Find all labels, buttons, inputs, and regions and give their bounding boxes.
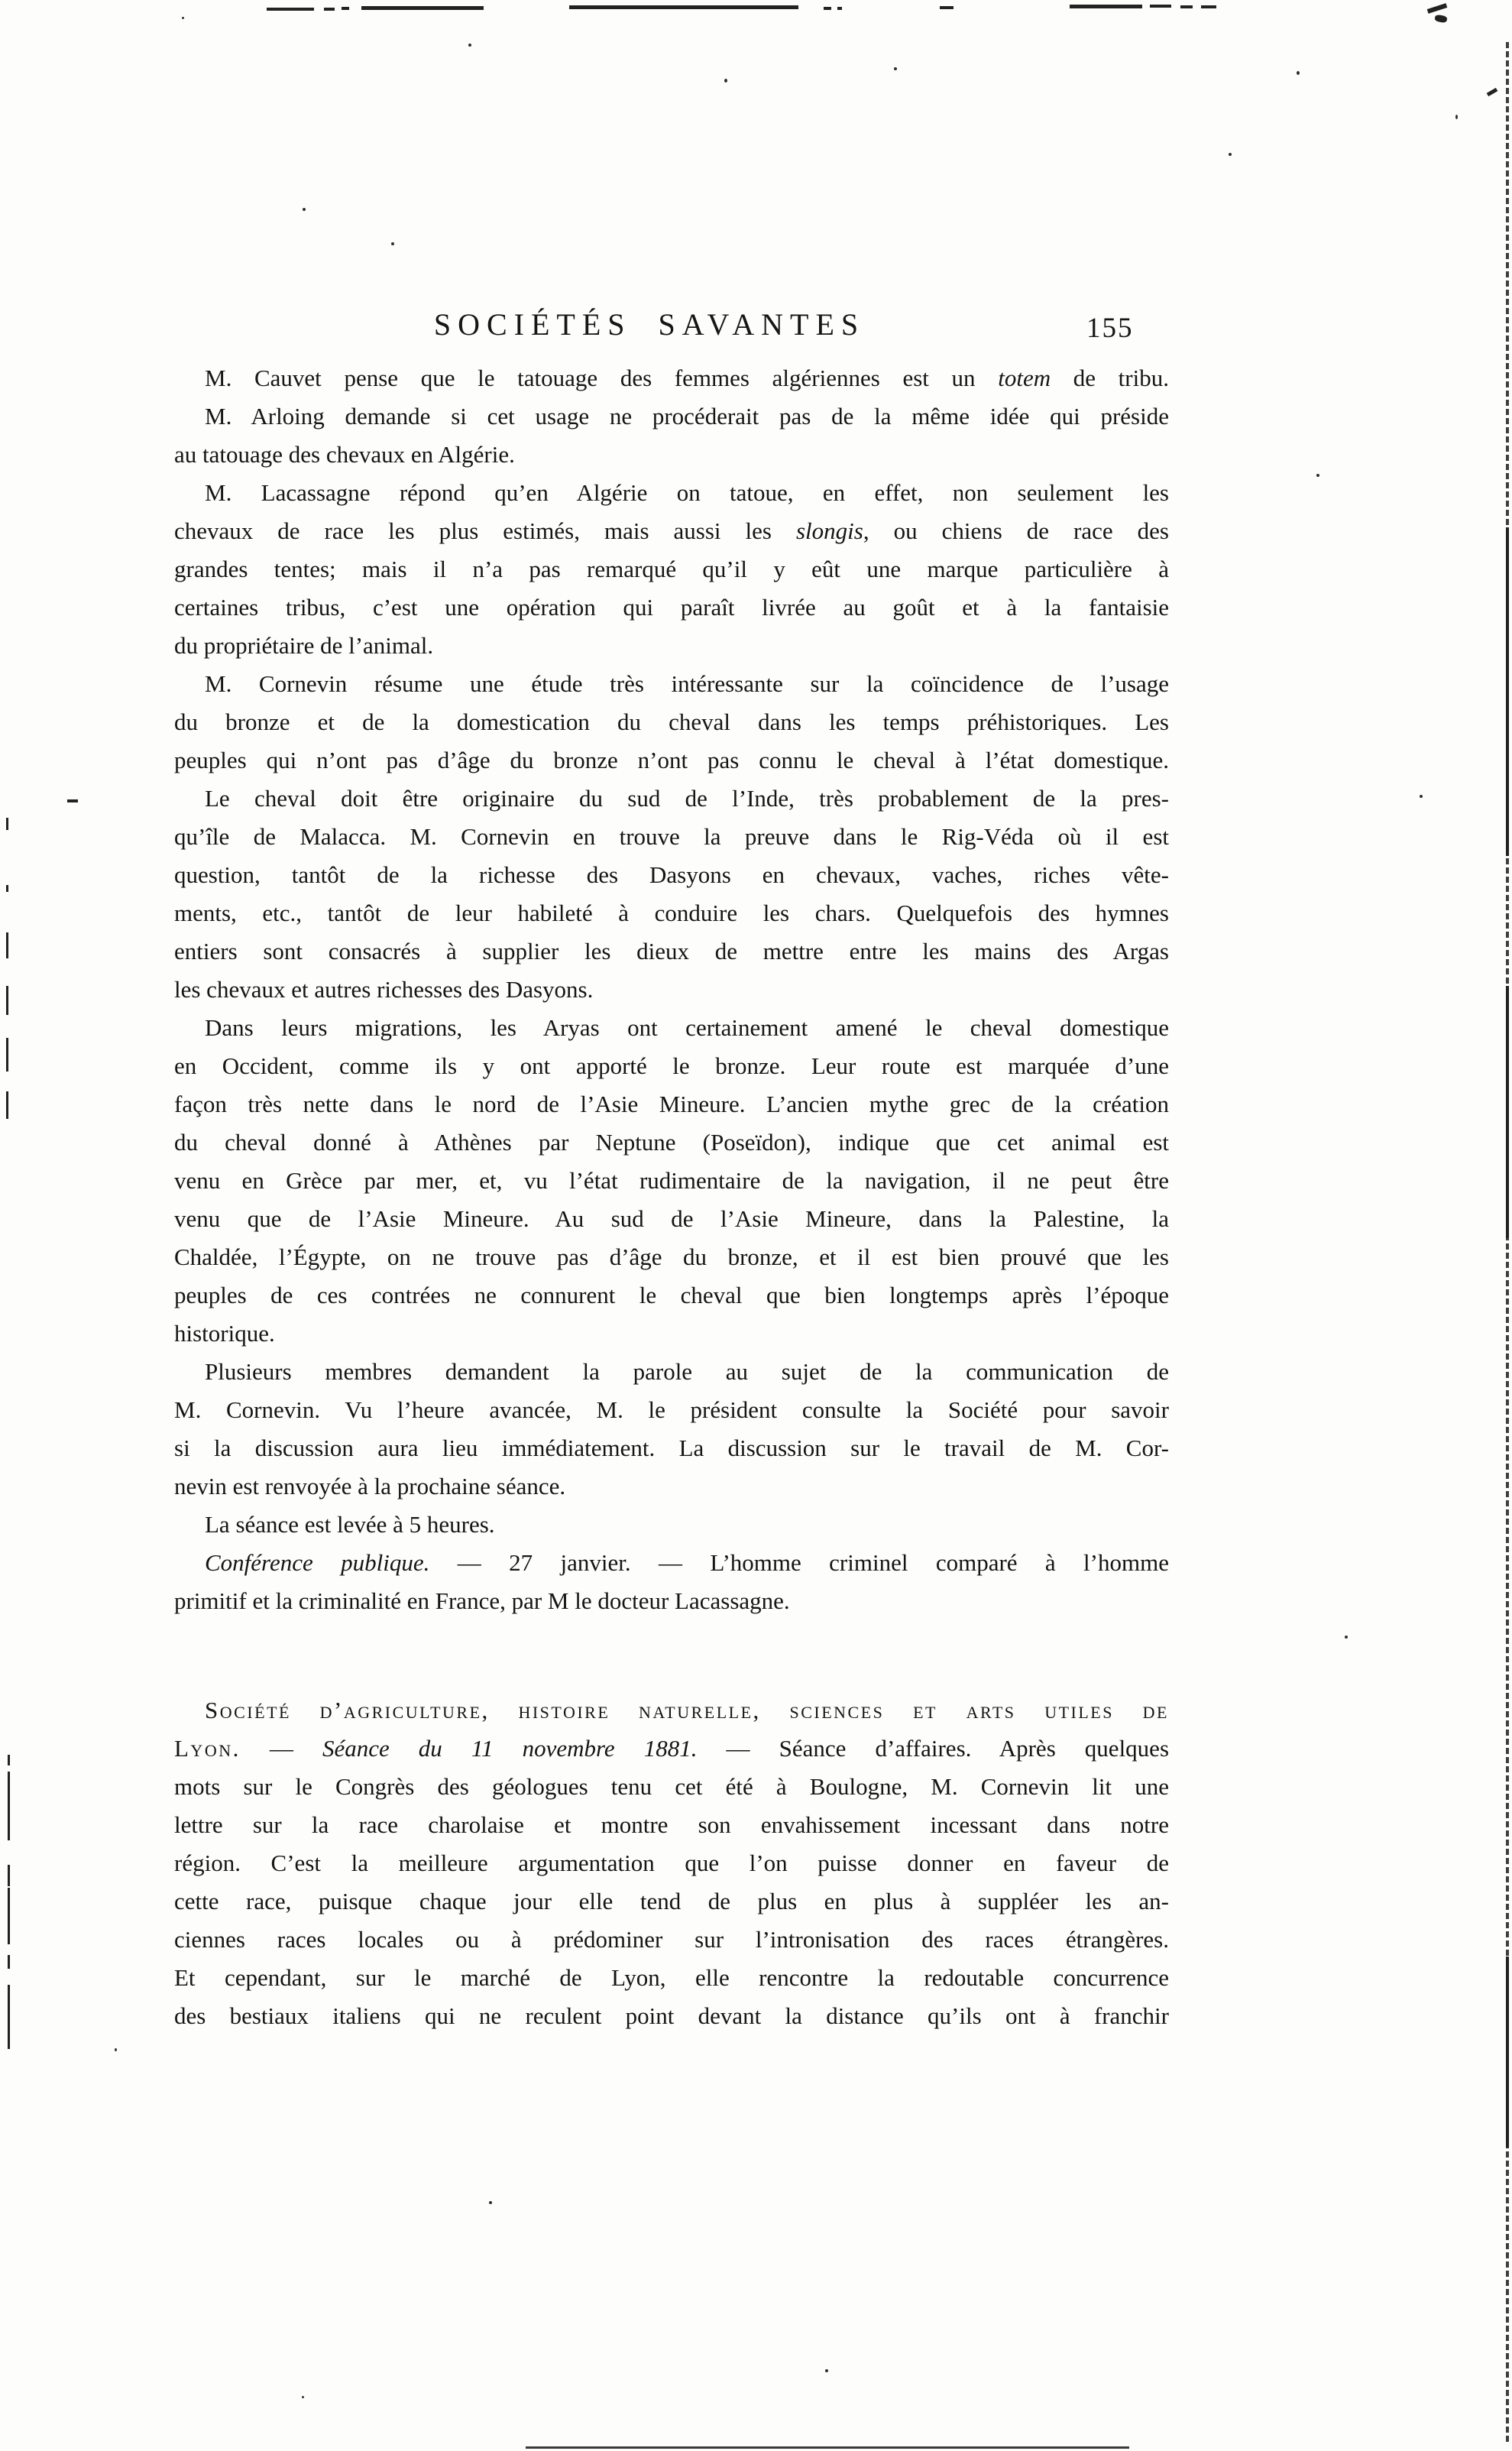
- scan-artifact-top-rule: [940, 6, 953, 9]
- paragraph: Dans leurs migrations, les Aryas ont cer…: [174, 1009, 1169, 1353]
- text-segment: , ou chiens de race des: [863, 517, 1169, 544]
- scan-speck: [894, 67, 897, 70]
- scan-artifact-left-tick: [6, 885, 8, 892]
- paragraph: La séance est levée à 5 heures.: [174, 1506, 1169, 1544]
- scan-artifact-left-tick: [8, 1755, 10, 1765]
- text-line: Lyon. — Séance du 11 novembre 1881. — Sé…: [174, 1730, 1169, 1768]
- text-segment-smallcaps: Lyon.: [174, 1735, 241, 1762]
- paragraph: M. Cauvet pense que le tatouage des femm…: [174, 359, 1169, 397]
- text-line: Société d’agriculture, histoire naturell…: [174, 1691, 1169, 1730]
- text-segment: région. C’est la meilleure argumentation…: [174, 1850, 1169, 1876]
- text-segment: lettre sur la race charolaise et montre …: [174, 1811, 1169, 1838]
- text-segment: peuples qui n’ont pas d’âge du bronze n’…: [174, 747, 1169, 773]
- scan-artifact-left-tick: [6, 986, 8, 1015]
- text-segment: venu en Grèce par mer, et, vu l’état rud…: [174, 1167, 1169, 1194]
- scan-speck: [1455, 115, 1458, 119]
- text-line: en Occident, comme ils y ont apporté le …: [174, 1047, 1169, 1085]
- text-line: ments, etc., tantôt de leur habileté à c…: [174, 894, 1169, 932]
- text-segment: de tribu.: [1051, 365, 1169, 391]
- text-line: des bestiaux italiens qui ne reculent po…: [174, 1997, 1169, 2035]
- text-line: Le cheval doit être originaire du sud de…: [174, 780, 1169, 818]
- text-segment: historique.: [174, 1320, 275, 1347]
- scan-artifact-left-tick: [8, 1865, 10, 1886]
- paragraph: Plusieurs membres demandent la parole au…: [174, 1353, 1169, 1506]
- scan-artifact-left-dash: [67, 799, 78, 802]
- scan-artifact-right-rule-solid: [1506, 986, 1509, 1238]
- text-segment: du cheval donné à Athènes par Neptune (P…: [174, 1129, 1169, 1156]
- text-segment: ciennes races locales ou à prédominer su…: [174, 1926, 1169, 1953]
- text-line: Et cependant, sur le marché de Lyon, ell…: [174, 1959, 1169, 1997]
- text-segment: des bestiaux italiens qui ne reculent po…: [174, 2002, 1169, 2029]
- text-line: venu que de l’Asie Mineure. Au sud de l’…: [174, 1200, 1169, 1238]
- text-line: peuples qui n’ont pas d’âge du bronze n’…: [174, 741, 1169, 780]
- text-segment: M. Arloing demande si cet usage ne procé…: [205, 403, 1169, 430]
- text-line: primitif et la criminalité en France, pa…: [174, 1582, 1169, 1620]
- text-segment: venu que de l’Asie Mineure. Au sud de l’…: [174, 1205, 1169, 1232]
- text-line: M. Cornevin. Vu l’heure avancée, M. le p…: [174, 1391, 1169, 1429]
- text-line: façon très nette dans le nord de l’Asie …: [174, 1085, 1169, 1123]
- scan-artifact-left-tick: [8, 1985, 10, 2049]
- scan-artifact-top-rule: [1070, 5, 1142, 8]
- text-segment: question, tantôt de la richesse des Dasy…: [174, 861, 1169, 888]
- text-segment: M. Cauvet pense que le tatouage des femm…: [205, 365, 998, 391]
- text-segment: du bronze et de la domestication du chev…: [174, 708, 1169, 735]
- text-segment-italic: slongis: [796, 517, 863, 544]
- scan-artifact-top-rule: [267, 8, 314, 11]
- text-segment-smallcaps: Société d’agriculture, histoire naturell…: [205, 1697, 1169, 1723]
- running-head: SOCIÉTÉS SAVANTES: [153, 308, 1146, 342]
- text-line: du bronze et de la domestication du chev…: [174, 703, 1169, 741]
- scan-speck: [182, 17, 184, 19]
- page-number: 155: [1086, 312, 1134, 345]
- scan-artifact-left-tick: [8, 1772, 10, 1840]
- scan-artifact-top-rule: [361, 6, 484, 10]
- text-segment: M. Lacassagne répond qu’en Algérie on ta…: [205, 479, 1169, 506]
- text-line: M. Cauvet pense que le tatouage des femm…: [174, 359, 1169, 397]
- text-line: du propriétaire de l’animal.: [174, 627, 1169, 665]
- text-line: M. Lacassagne répond qu’en Algérie on ta…: [174, 474, 1169, 512]
- scan-artifact-top-rule: [569, 5, 798, 9]
- text-line: entiers sont consacrés à supplier les di…: [174, 932, 1169, 971]
- scan-speck: [1316, 474, 1319, 477]
- text-segment: si la discussion aura lieu immédiatement…: [174, 1435, 1169, 1461]
- text-segment: M. Cornevin. Vu l’heure avancée, M. le p…: [174, 1396, 1169, 1423]
- scan-artifact-left-tick: [8, 1955, 10, 1969]
- text-line: ciennes races locales ou à prédominer su…: [174, 1921, 1169, 1959]
- text-segment: cette race, puisque chaque jour elle ten…: [174, 1888, 1169, 1914]
- text-segment: — 27 janvier. — L’homme criminel comparé…: [429, 1549, 1169, 1576]
- text-segment: au tatouage des chevaux en Algérie.: [174, 441, 515, 468]
- scan-artifact-squiggle: [1427, 3, 1448, 14]
- text-line: si la discussion aura lieu immédiatement…: [174, 1429, 1169, 1467]
- scan-speck: [302, 2396, 304, 2398]
- text-line: question, tantôt de la richesse des Dasy…: [174, 856, 1169, 894]
- text-line: du cheval donné à Athènes par Neptune (P…: [174, 1123, 1169, 1162]
- scan-speck: [1345, 1636, 1348, 1639]
- text-line: les chevaux et autres richesses des Dasy…: [174, 971, 1169, 1009]
- scan-artifact-top-rule: [342, 7, 349, 10]
- scan-artifact-right-rule-solid: [1506, 1957, 1509, 2148]
- text-segment: — Séance d’affaires. Après quelques: [698, 1735, 1170, 1762]
- paragraph: Le cheval doit être originaire du sud de…: [174, 780, 1169, 1009]
- text-line: Dans leurs migrations, les Aryas ont cer…: [174, 1009, 1169, 1047]
- scan-artifact-left-tick: [6, 1038, 8, 1072]
- text-segment-italic: totem: [998, 365, 1051, 391]
- text-line: grandes tentes; mais il n’a pas remarqué…: [174, 550, 1169, 588]
- scan-artifact-left-tick: [6, 1091, 8, 1119]
- text-segment: mots sur le Congrès des géologues tenu c…: [174, 1773, 1169, 1800]
- text-segment: ments, etc., tantôt de leur habileté à c…: [174, 900, 1169, 926]
- text-block: M. Cauvet pense que le tatouage des femm…: [174, 359, 1169, 2035]
- text-segment: Et cependant, sur le marché de Lyon, ell…: [174, 1964, 1169, 1991]
- scan-artifact-left-tick: [6, 932, 8, 958]
- scan-artifact-top-rule: [1201, 5, 1216, 8]
- scan-artifact-blob: [1434, 15, 1447, 24]
- text-line: certaines tribus, c’est une opération qu…: [174, 588, 1169, 627]
- text-segment: Le cheval doit être originaire du sud de…: [205, 785, 1169, 812]
- text-segment-italic: Séance du 11 novembre 1881.: [322, 1735, 698, 1762]
- text-line: mots sur le Congrès des géologues tenu c…: [174, 1768, 1169, 1806]
- paragraph: M. Arloing demande si cet usage ne procé…: [174, 397, 1169, 474]
- text-line: qu’île de Malacca. M. Cornevin en trouve…: [174, 818, 1169, 856]
- text-segment: —: [241, 1735, 322, 1762]
- text-segment: Plusieurs membres demandent la parole au…: [205, 1358, 1169, 1385]
- scan-speck: [303, 208, 306, 211]
- text-line: nevin est renvoyée à la prochaine séance…: [174, 1467, 1169, 1506]
- text-segment: Dans leurs migrations, les Aryas ont cer…: [205, 1014, 1169, 1041]
- text-line: au tatouage des chevaux en Algérie.: [174, 436, 1169, 474]
- text-line: Chaldée, l’Égypte, on ne trouve pas d’âg…: [174, 1238, 1169, 1276]
- scan-speck: [489, 2201, 492, 2204]
- scan-artifact-top-rule: [837, 7, 842, 10]
- text-segment: primitif et la criminalité en France, pa…: [174, 1587, 790, 1614]
- text-segment: chevaux de race les plus estimés, mais a…: [174, 517, 796, 544]
- text-line: lettre sur la race charolaise et montre …: [174, 1806, 1169, 1844]
- text-segment: La séance est levée à 5 heures.: [205, 1511, 495, 1538]
- scanned-page: { "header": { "title": "SOCIÉTÉS SAVANTE…: [0, 0, 1512, 2451]
- text-line: historique.: [174, 1315, 1169, 1353]
- text-line: M. Arloing demande si cet usage ne procé…: [174, 397, 1169, 436]
- text-segment-italic: Conférence publique.: [205, 1549, 429, 1576]
- scan-artifact-dash: [1487, 88, 1498, 96]
- text-segment: les chevaux et autres richesses des Dasy…: [174, 976, 593, 1003]
- text-segment: peuples de ces contrées ne connurent le …: [174, 1282, 1169, 1308]
- text-line: M. Cornevin résume une étude très intére…: [174, 665, 1169, 703]
- text-line: cette race, puisque chaque jour elle ten…: [174, 1882, 1169, 1921]
- scan-speck: [825, 2369, 828, 2372]
- scan-speck: [391, 242, 394, 245]
- text-segment: certaines tribus, c’est une opération qu…: [174, 594, 1169, 621]
- text-line: La séance est levée à 5 heures.: [174, 1506, 1169, 1544]
- scan-speck: [1297, 71, 1300, 75]
- scan-artifact-bottom-rule: [526, 2446, 1129, 2449]
- text-segment: entiers sont consacrés à supplier les di…: [174, 938, 1169, 965]
- paragraph: M. Lacassagne répond qu’en Algérie on ta…: [174, 474, 1169, 665]
- scan-artifact-right-rule-solid: [1506, 527, 1509, 856]
- scan-speck: [1420, 795, 1423, 798]
- scan-artifact-top-rule: [324, 8, 335, 11]
- scan-speck: [724, 79, 727, 83]
- text-segment: grandes tentes; mais il n’a pas remarqué…: [174, 556, 1169, 582]
- text-segment: du propriétaire de l’animal.: [174, 632, 433, 659]
- scan-speck: [115, 2048, 117, 2051]
- text-line: peuples de ces contrées ne connurent le …: [174, 1276, 1169, 1315]
- text-segment: Chaldée, l’Égypte, on ne trouve pas d’âg…: [174, 1243, 1169, 1270]
- paragraph: Société d’agriculture, histoire naturell…: [174, 1691, 1169, 2035]
- text-line: venu en Grèce par mer, et, vu l’état rud…: [174, 1162, 1169, 1200]
- text-line: région. C’est la meilleure argumentation…: [174, 1844, 1169, 1882]
- text-segment: en Occident, comme ils y ont apporté le …: [174, 1052, 1169, 1079]
- text-line: Plusieurs membres demandent la parole au…: [174, 1353, 1169, 1391]
- scan-artifact-top-rule: [1150, 5, 1171, 8]
- paragraph: Conférence publique. — 27 janvier. — L’h…: [174, 1544, 1169, 1620]
- text-segment: qu’île de Malacca. M. Cornevin en trouve…: [174, 823, 1169, 850]
- text-segment: nevin est renvoyée à la prochaine séance…: [174, 1473, 565, 1499]
- scan-artifact-left-tick: [6, 818, 8, 830]
- text-line: Conférence publique. — 27 janvier. — L’h…: [174, 1544, 1169, 1582]
- text-segment: M. Cornevin résume une étude très intére…: [205, 670, 1169, 697]
- scan-speck: [468, 44, 471, 47]
- paragraph: M. Cornevin résume une étude très intére…: [174, 665, 1169, 780]
- scan-artifact-left-tick: [8, 1888, 10, 1944]
- text-line: chevaux de race les plus estimés, mais a…: [174, 512, 1169, 550]
- scan-speck: [1229, 153, 1232, 156]
- scan-artifact-top-rule: [1180, 5, 1193, 8]
- text-segment: façon très nette dans le nord de l’Asie …: [174, 1091, 1169, 1117]
- scan-artifact-top-rule: [824, 7, 831, 10]
